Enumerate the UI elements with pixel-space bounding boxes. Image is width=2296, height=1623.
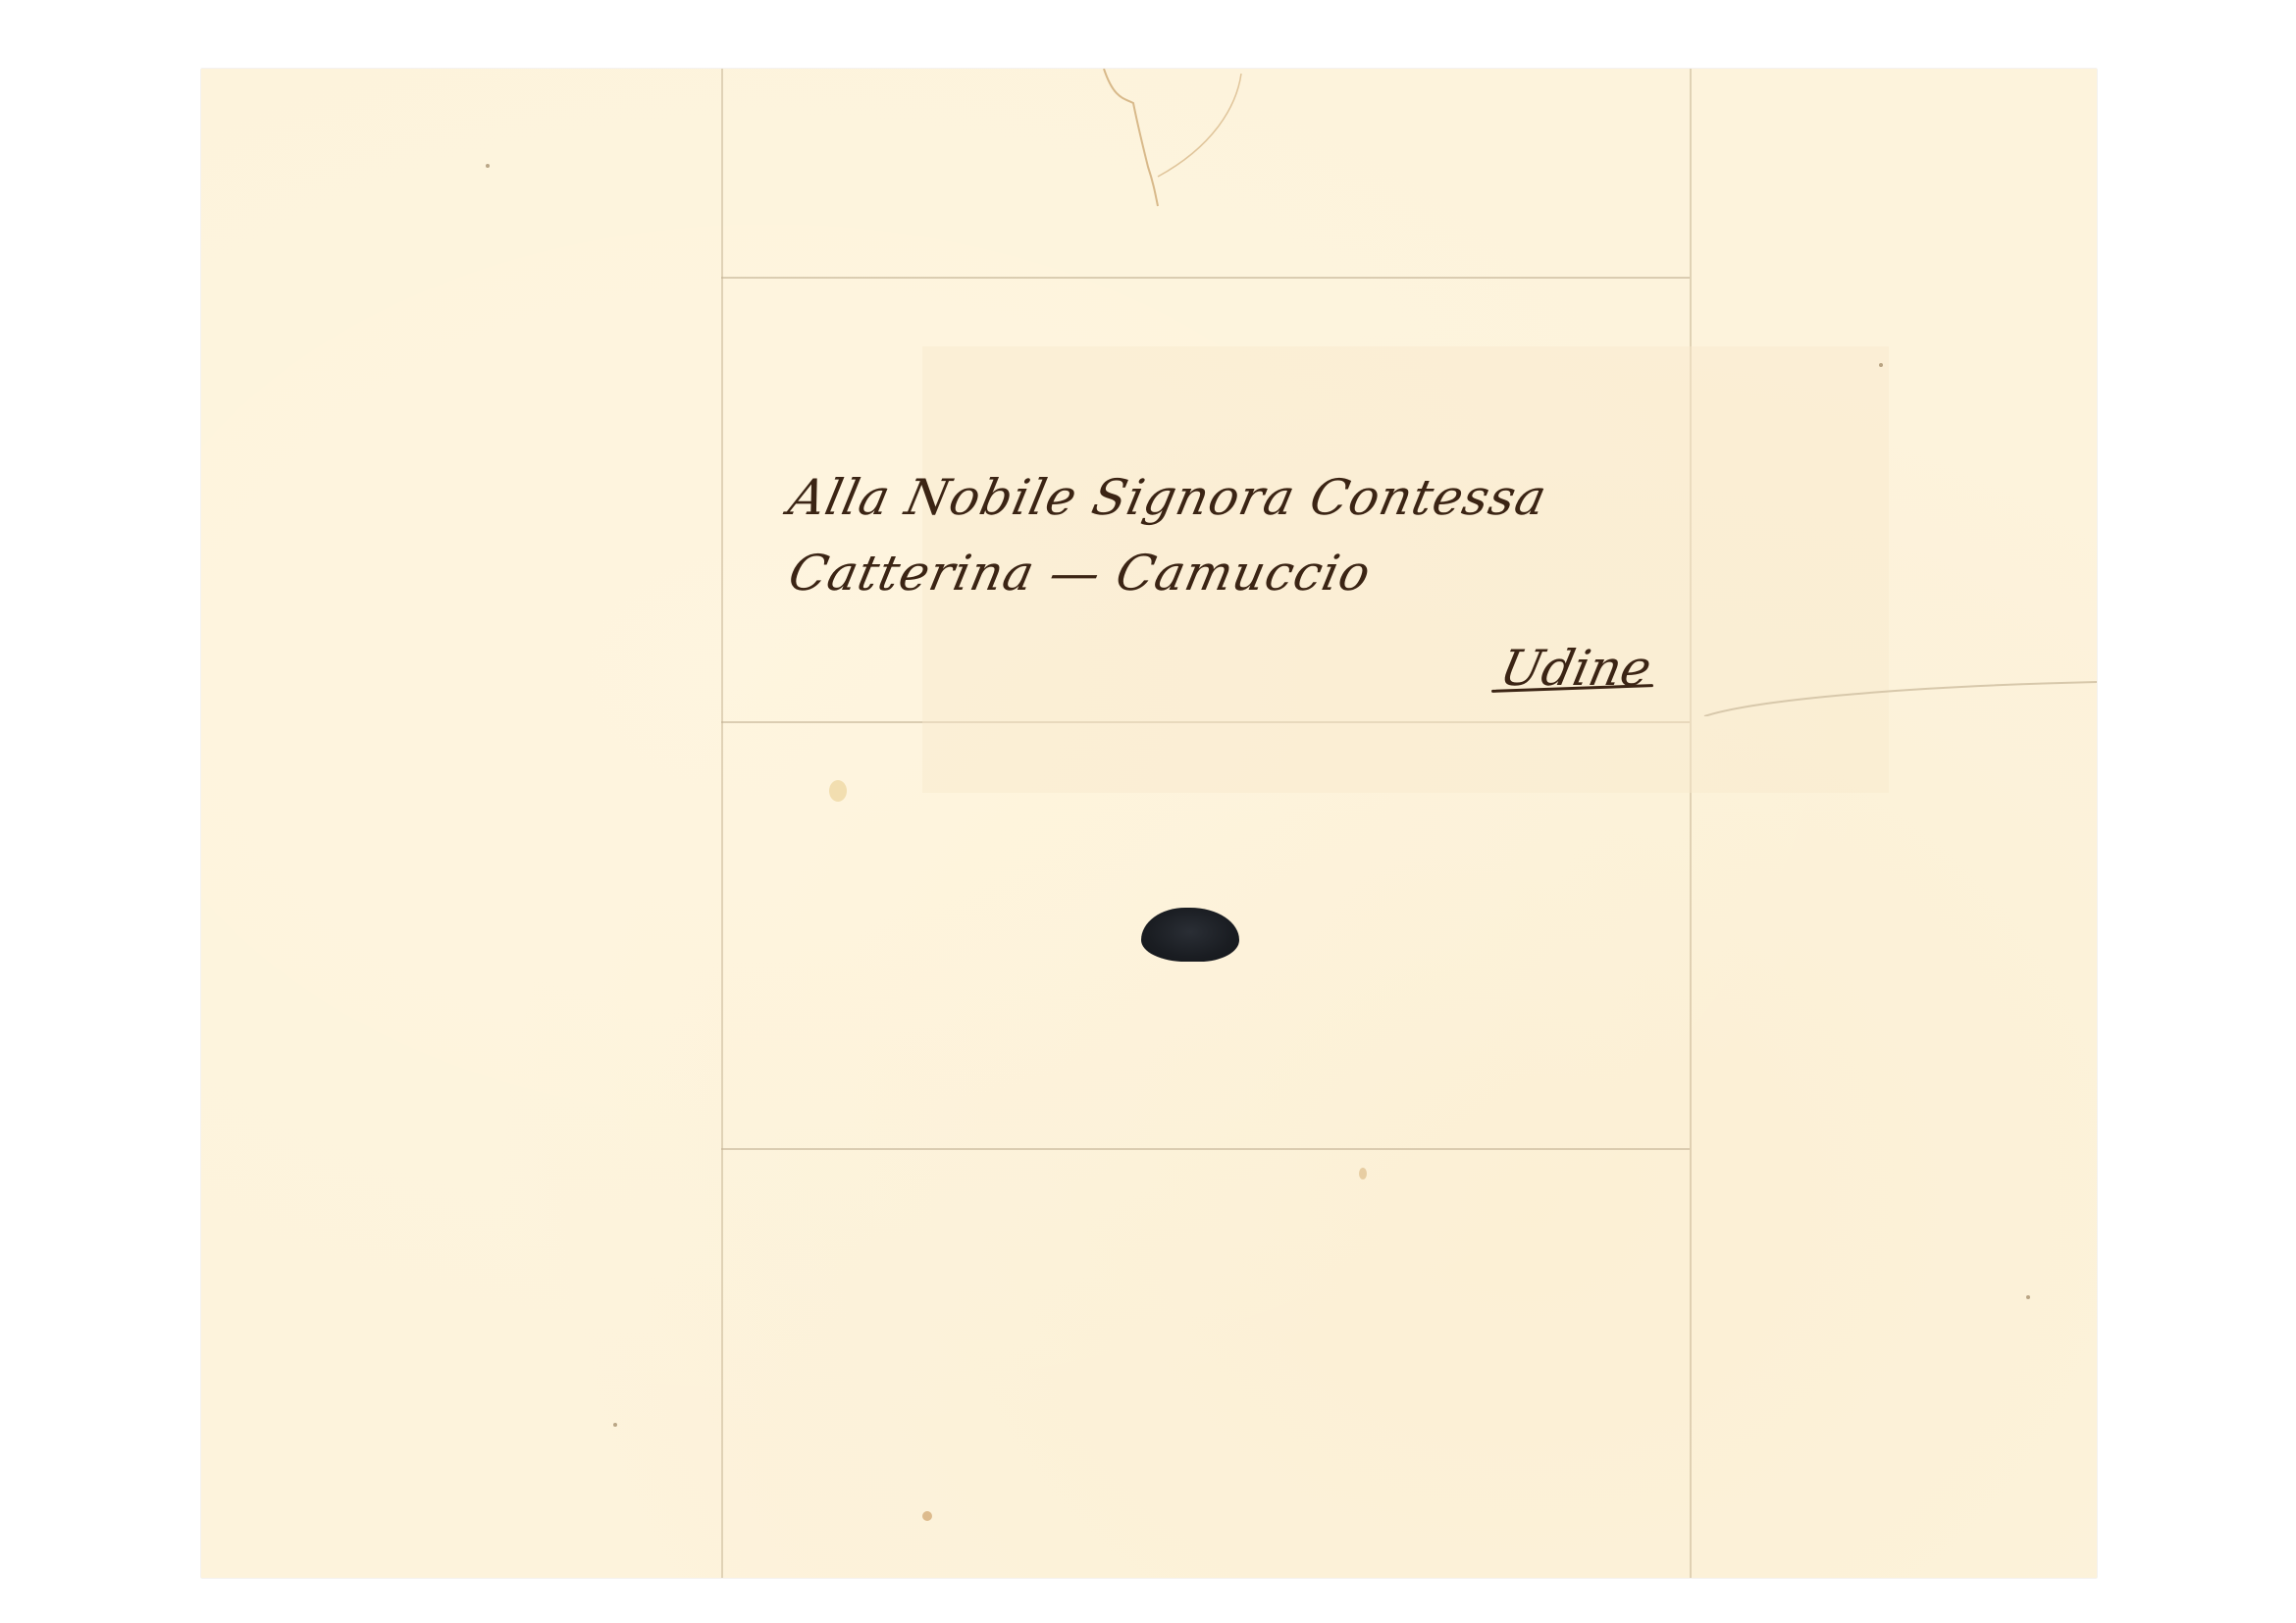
fold-line-right [1690,69,1692,1578]
stain [1359,1168,1367,1179]
fold-line-top [721,277,1690,279]
address-line-1: Alla Nobile Signora Contessa [784,469,1552,526]
speck [2026,1295,2030,1299]
fold-line-bottom [721,1148,1690,1150]
letter-sheet [201,69,2097,1578]
stain [829,780,847,802]
fold-line-left [721,69,723,1578]
speck [486,164,490,168]
address-line-2: Catterina — Camuccio [784,545,1377,602]
stain [922,1511,932,1521]
speck [613,1423,617,1427]
speck [1879,363,1883,367]
water-stain [986,69,1280,216]
tear-line [1690,657,2102,716]
